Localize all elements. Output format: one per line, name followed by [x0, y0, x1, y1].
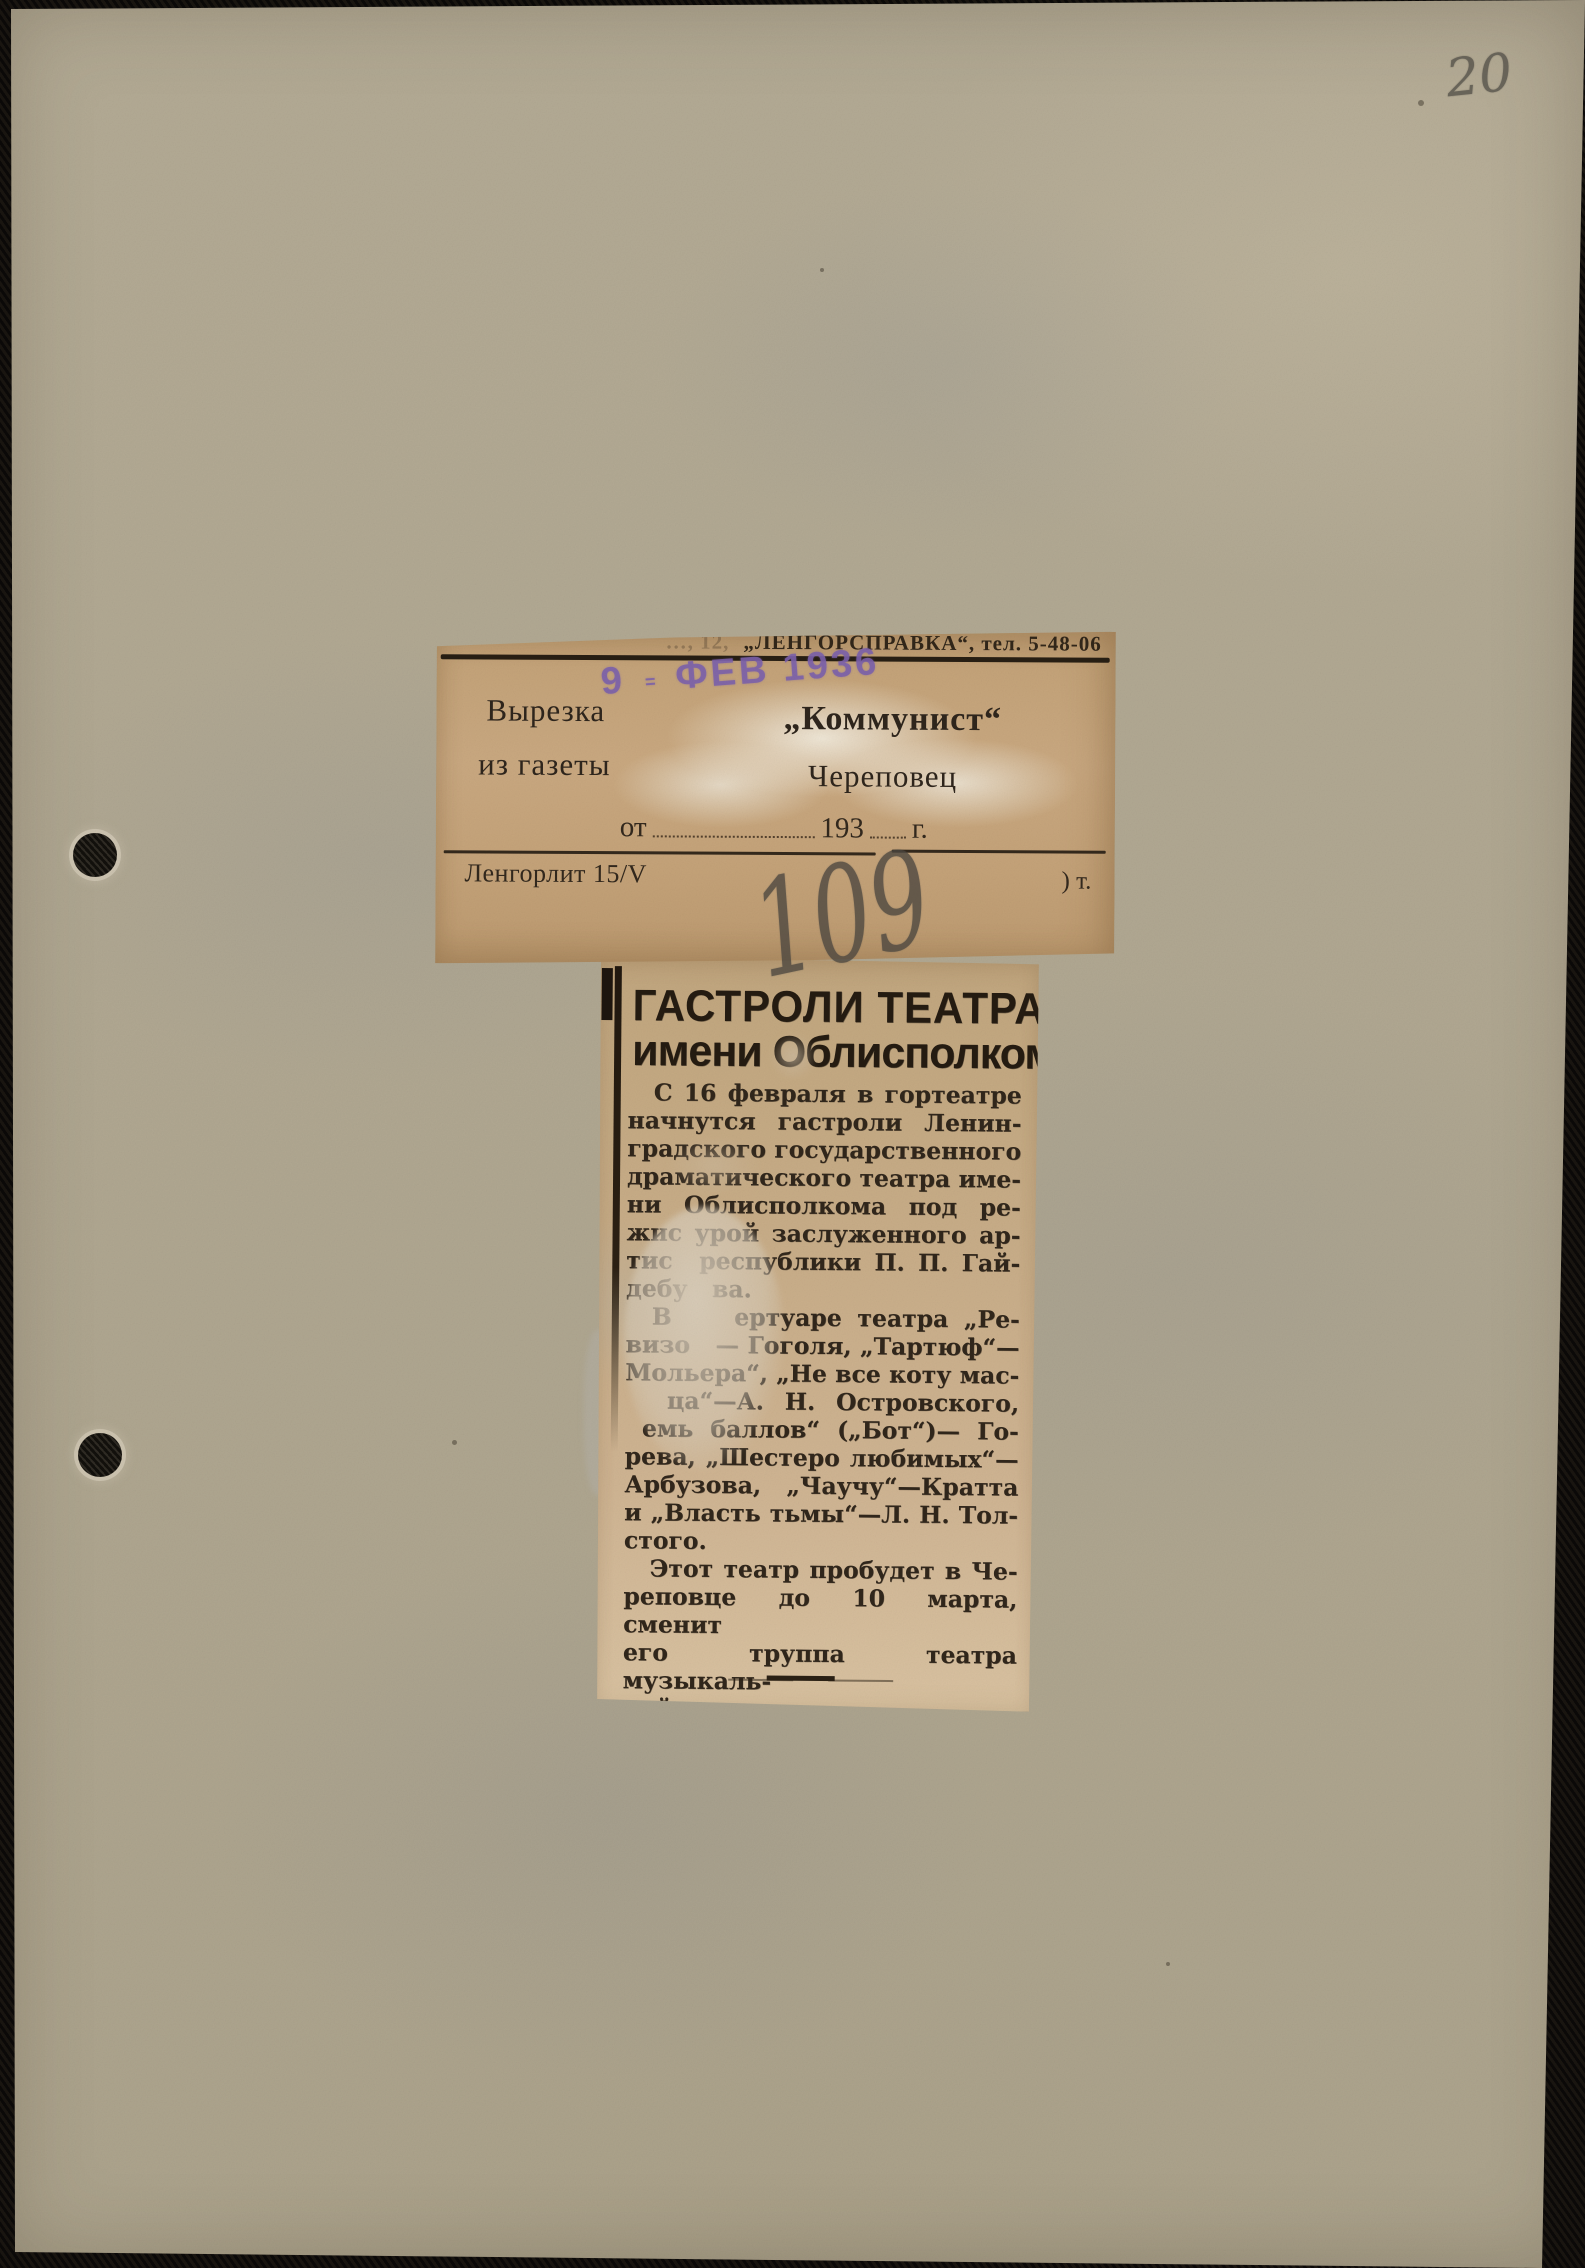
dotted-leader [653, 834, 815, 838]
pencil-page-number: 20 [1443, 43, 1515, 110]
date-stamp-separator: = [644, 671, 656, 693]
clipping-paragraph-3: Этот театр пробудет в Че-реповце до 10 м… [622, 1554, 1017, 1725]
date-row-prefix: от [620, 811, 647, 844]
newspaper-city: Череповец [808, 758, 957, 795]
clipping-column-rule [611, 966, 622, 1452]
clipping-text-line: реповце до 10 марта, сменит [623, 1582, 1017, 1641]
punch-hole-bottom [78, 1433, 122, 1477]
clipping-text-line: Этот театр пробудет в Че- [624, 1554, 1018, 1585]
paper-speck [1418, 100, 1424, 106]
clipping-text-line: стого. [624, 1526, 1018, 1557]
clipping-text-line: С 16 февраля в гортеатре [628, 1078, 1022, 1109]
date-stamp-day: 9 [599, 659, 626, 704]
slip-divider-rule [892, 850, 1106, 854]
punch-hole-top [73, 833, 117, 877]
clipping-headline-line2: имени Облисполкома [632, 1026, 1032, 1079]
paper-speck [1166, 1962, 1170, 1966]
newspaper-clipping: ГАСТРОЛИ ТЕАТРА имени Облисполкома С 16 … [594, 956, 1039, 1712]
slip-field-label-line2: из газеты [478, 746, 611, 783]
column-rule-corner [601, 968, 612, 1020]
archive-scan: 20 ГАСТРОЛИ ТЕАТРА имени Облисполкома С … [0, 0, 1585, 2268]
paper-speck [820, 268, 824, 272]
paper-speck [452, 1440, 457, 1445]
tear-blotch [669, 1137, 759, 1194]
newspaper-name: „Коммунист“ [783, 700, 1002, 739]
clipping-text-line: Арбузова, „Чаучу“—Кратта [624, 1470, 1018, 1501]
pencil-inventory-number: 109 [742, 831, 941, 997]
tear-blotch [770, 1033, 816, 1079]
censor-mark: Ленгорлит 15/V [465, 858, 647, 889]
article-end-divider [767, 1675, 835, 1681]
clipping-text-line: начнутся гастроли Ленин- [627, 1106, 1021, 1137]
clipping-text-line: и „Власть тьмы“—Л. Н. Тол- [624, 1498, 1018, 1529]
circulation-mark: ) т. [1061, 867, 1091, 895]
slip-field-label-line1: Вырезка [486, 692, 605, 729]
clipping-text-line: его труппа театра музыкаль- [623, 1638, 1017, 1697]
